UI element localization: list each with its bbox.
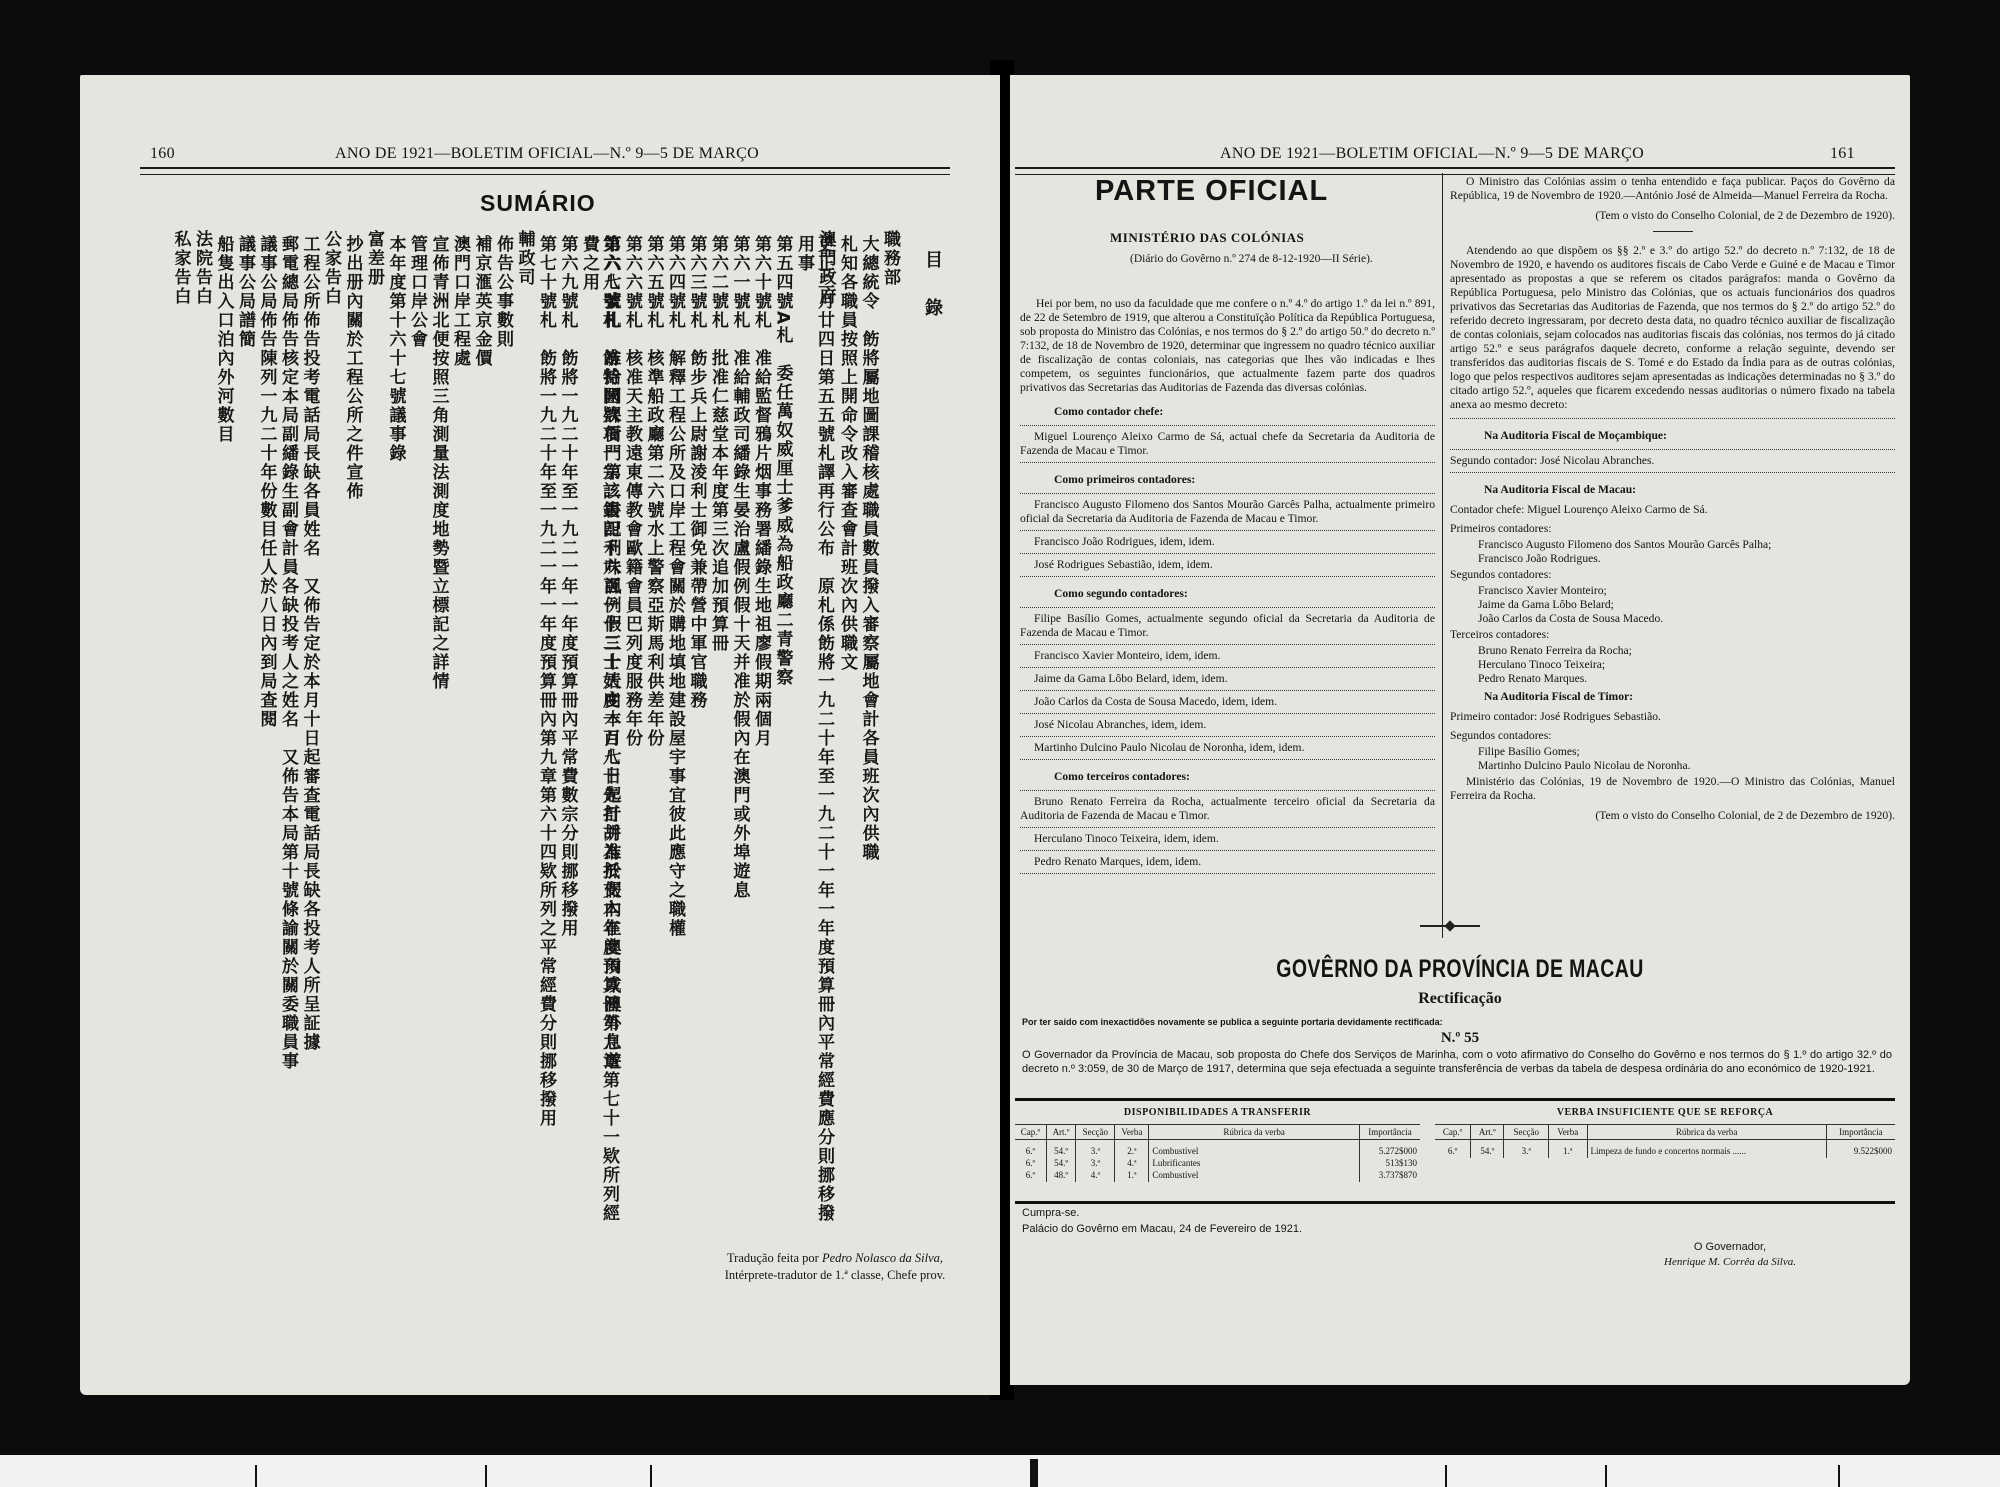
summary-column: 第六二號札 批准仁慈堂本年度第三次追加預算冊 [708, 235, 728, 653]
table-cell: 4.ª [1076, 1170, 1115, 1182]
left-page: 160 ANO DE 1921—BOLETIM OFICIAL—N.º 9—5 … [80, 75, 1000, 1395]
diario-reference: (Diário do Govêrno n.º 274 de 8-12-1920—… [1130, 253, 1373, 265]
table-cell: Combustível [1149, 1140, 1360, 1159]
summary-column: 第六三號札 飭步兵上尉謝淩利士御免兼帶營中軍官職務 [687, 235, 707, 710]
summary-column: 抄出册內關於工程公所之件宣佈 [343, 235, 363, 501]
column-header: Secção [1076, 1125, 1115, 1140]
dotted-rule [1020, 873, 1435, 874]
dotted-rule [1020, 493, 1435, 494]
macau-terceiros: Bruno Renato Ferreira da Rocha;Herculano… [1450, 644, 1895, 686]
frame-tick [1030, 1459, 1038, 1487]
visto-1: (Tem o visto do Conselho Colonial, de 2 … [1450, 209, 1895, 223]
dotted-rule [1020, 462, 1435, 463]
summary-column: 第六九號札 飭將一九二十年至一九二一年一年度預算冊內平常費數宗分則挪移撥用 [558, 235, 578, 938]
governor-signature: O Governador, Henrique M. Corrêa da Silv… [1630, 1240, 1830, 1270]
summary-column: 札知各職員按照上開命令改入審查會計班次內供職文 [837, 235, 857, 672]
dotted-rule [1450, 449, 1895, 450]
summary-column: 富差册 [364, 230, 384, 287]
appointment-entry: João Carlos da Costa de Sousa Macedo, id… [1020, 695, 1435, 709]
table-cell: 6.º [1015, 1158, 1047, 1170]
credit-prefix: Tradução feita por [727, 1251, 819, 1265]
dotted-rule [1020, 850, 1435, 851]
timor-heading: Na Auditoria Fiscal de Timor: [1484, 690, 1895, 704]
summary-column: 公家告白 [321, 230, 341, 306]
appointment-entry: Martinho Dulcino Paulo Nicolau de Noronh… [1020, 741, 1435, 755]
dotted-rule [1020, 713, 1435, 714]
table-cell: 513$130 [1359, 1158, 1420, 1170]
table-cell: 54.º [1047, 1158, 1076, 1170]
column-header: Cap.º [1015, 1125, 1047, 1140]
summary-column: 郵電總局佈告核定本局副繙錄生副會計員各缺投考人之姓名 又佈告本局第十號條諭關於關… [278, 235, 298, 1071]
macau-terceiros-label: Terceiros contadores: [1450, 628, 1895, 642]
summary-column: 第六十號札 准給監督鴉片烟事務署繙錄生地祖廖假期兩個月 [751, 235, 771, 748]
appointment-groups: Como contador chefe:Miguel Lourenço Alei… [1020, 405, 1435, 874]
summary-column: 工程公所佈告投考電話局長缺各員姓名 又佈告定於本月十日起審查電話局長缺各投考人所… [300, 235, 320, 1052]
summary-column: 職務部 [880, 230, 900, 287]
column-divider [1442, 173, 1443, 938]
group-heading: Como terceiros contadores: [1054, 770, 1435, 784]
dotted-rule [1020, 644, 1435, 645]
table-row: 6.º54.º3.ª2.ªCombustível5.272$000 [1015, 1140, 1420, 1159]
table-caption: VERBA INSUFICIENTE QUE SE REFORÇA [1435, 1101, 1895, 1125]
appointment-entry: Francisco Augusto Filomeno dos Santos Mo… [1020, 498, 1435, 526]
microfilm-strip [0, 1455, 2000, 1487]
name-entry: Jaime da Gama Lôbo Belard; [1478, 598, 1895, 612]
summary-column: 澳門口岸工程處 [450, 235, 470, 368]
name-entry: Martinho Dulcino Paulo Nicolau de Noronh… [1478, 759, 1895, 773]
cumpra-se: Cumpra-se. [1022, 1205, 1302, 1221]
summary-column: 第五四號A札 委任萬奴威厘士爹威為船政廳二青警察 [773, 235, 793, 687]
summary-column: 私家告白 [171, 230, 191, 306]
dotted-rule [1450, 418, 1895, 419]
column-header: Rúbrica da verba [1149, 1125, 1360, 1140]
summary-column: 本年度第十六十七號議事錄 [386, 235, 406, 463]
table-caption: DISPONIBILIDADES A TRANSFERIR [1015, 1101, 1420, 1125]
summary-column: 法院告白 [192, 230, 212, 306]
column-header: Importância [1826, 1125, 1895, 1140]
macau-primeiros-label: Primeiros contadores: [1450, 522, 1895, 536]
name-entry: Francisco João Rodrigues. [1478, 552, 1895, 566]
dotted-rule [1020, 759, 1435, 760]
name-entry: João Carlos da Costa de Sousa Macedo. [1478, 612, 1895, 626]
table-cell: 54.º [1471, 1140, 1504, 1159]
summary-column: 第七十號札 飭將一九二十年至一九二一年一年度預算冊內第九章第六十四欵所列之平常經… [536, 235, 556, 1128]
summary-column: 第六八號札 飭特開欵項一宗該銀四千六百一十二士姑度一百八十先打胡為抵支本年度預算… [579, 235, 619, 1235]
table-cell: Lubrificantes [1149, 1158, 1360, 1170]
summary-column: 輔政司 [515, 230, 535, 287]
portaria-intro: Atendendo ao que dispõem os §§ 2.º e 3.º… [1450, 244, 1895, 412]
appointment-entry: Bruno Renato Ferreira da Rocha, actualme… [1020, 795, 1435, 823]
dotted-rule [1020, 607, 1435, 608]
column-header: Importância [1359, 1125, 1420, 1140]
column-header: Art.º [1471, 1125, 1504, 1140]
macau-government-title: GOVÊRNO DA PROVÍNCIA DE MACAU [1109, 955, 1811, 984]
closing-2: Ministério das Colónias, 19 de Novembro … [1450, 775, 1895, 803]
appointment-entry: José Rodrigues Sebastião, idem, idem. [1020, 558, 1435, 572]
appointment-entry: Francisco Xavier Monteiro, idem, idem. [1020, 649, 1435, 663]
dotted-rule [1020, 425, 1435, 426]
table-cell: 9.522$000 [1826, 1140, 1895, 1159]
rectificacao-intro: Por ter saído com inexactidões novamente… [1022, 1017, 1443, 1027]
table-row: 6.º48.º4.ª1.ªCombustível3.737$870 [1015, 1170, 1420, 1182]
summary-column: 第六六號札 核准天主教遠東傳教會歐籍會員巴列度服務年份 [622, 235, 642, 748]
macau-chefe: Contador chefe: Miguel Lourenço Aleixo C… [1450, 503, 1895, 517]
dotted-rule [1020, 690, 1435, 691]
table-cell: 6.º [1015, 1170, 1047, 1182]
name-entry: Pedro Renato Marques. [1478, 672, 1895, 686]
summary-column: 船隻出入口泊內外河數目 [214, 235, 234, 444]
table-cell: 3.ª [1504, 1140, 1549, 1159]
timor-primeiro: Primeiro contador: José Rodrigues Sebast… [1450, 710, 1895, 724]
name-entry: Bruno Renato Ferreira da Rocha; [1478, 644, 1895, 658]
summary-column: 大總統令 飭將屬地圖課稽核處職員數員撥入審察屬地會計各員班次內供職 [859, 235, 879, 862]
summary-column: 議事公局譜簡 [235, 235, 255, 349]
portaria-column: O Ministro das Colónias assim o tenha en… [1450, 175, 1895, 829]
column-header: Verba [1549, 1125, 1588, 1140]
macau-primeiros: Francisco Augusto Filomeno dos Santos Mo… [1450, 538, 1895, 566]
column-header: Secção [1504, 1125, 1549, 1140]
portaria-number: N.º 55 [1010, 1030, 1910, 1047]
section-title: PARTE OFICIAL [1095, 175, 1328, 208]
page-number-left: 160 [150, 145, 175, 163]
table-cell: 2.ª [1115, 1140, 1149, 1159]
mocambique-heading: Na Auditoria Fiscal de Moçambique: [1484, 429, 1895, 443]
table-cell: 3.ª [1076, 1140, 1115, 1159]
table-cell: 48.º [1047, 1170, 1076, 1182]
table-row: 6.º54.º3.ª1.ªLimpeza de fundo e concerto… [1435, 1140, 1895, 1159]
name-entry: Herculano Tinoco Teixeira; [1478, 658, 1895, 672]
ministry-title: MINISTÉRIO DAS COLÓNIAS [1110, 230, 1304, 246]
table-cell: 3.ª [1076, 1158, 1115, 1170]
dotted-rule [1020, 827, 1435, 828]
translation-credit: Tradução feita por Pedro Nolasco da Silv… [670, 1250, 1000, 1284]
header-rule [140, 167, 950, 175]
appointment-entry: Francisco João Rodrigues, idem, idem. [1020, 535, 1435, 549]
summary-column: 第六五號札 核準船政廳第二六號水上警察亞斯馬利供差年份 [644, 235, 664, 748]
dotted-rule [1020, 530, 1435, 531]
right-page: ANO DE 1921—BOLETIM OFICIAL—N.º 9—5 DE M… [1010, 75, 1910, 1385]
summary-column: 第六一號札 准給輔政司繙錄生晏治盧假例假十天并准於假內在澳門或外埠遊息 [730, 235, 750, 900]
name-entry: Francisco Xavier Monteiro; [1478, 584, 1895, 598]
portaria-body: O Governador da Província de Macau, sob … [1022, 1048, 1892, 1076]
table-cell: 1.ª [1549, 1140, 1588, 1159]
running-header-left: ANO DE 1921—BOLETIM OFICIAL—N.º 9—5 DE M… [335, 145, 759, 163]
decree-intro: Hei por bem, no uso da faculdade que me … [1020, 297, 1435, 395]
header-rule [1015, 167, 1895, 175]
running-header-right: ANO DE 1921—BOLETIM OFICIAL—N.º 9—5 DE M… [1220, 145, 1644, 163]
dotted-rule [1450, 472, 1895, 473]
timor-segundos-label: Segundos contadores: [1450, 729, 1895, 743]
sumario-title: SUMÁRIO [480, 190, 596, 217]
table-cell: 6.º [1015, 1140, 1047, 1159]
macau-segundos: Francisco Xavier Monteiro;Jaime da Gama … [1450, 584, 1895, 626]
divider [1653, 231, 1693, 232]
translator-name: Pedro Nolasco da Silva, [822, 1251, 943, 1265]
group-heading: Como contador chefe: [1054, 405, 1435, 419]
appointment-entry: Herculano Tinoco Teixeira, idem, idem. [1020, 832, 1435, 846]
signature-name: Henrique M. Corrêa da Silva. [1664, 1256, 1796, 1268]
table-cell: Combustível [1149, 1170, 1360, 1182]
frame-tick [1605, 1465, 1607, 1487]
dotted-rule [1020, 790, 1435, 791]
summary-column: 佈告公事數則 [493, 235, 513, 349]
group-heading: Como primeiros contadores: [1054, 473, 1435, 487]
toc-heading: 目 錄 [922, 250, 942, 328]
table-row: 6.º54.º3.ª4.ªLubrificantes513$130 [1015, 1158, 1420, 1170]
translator-title: Intérprete-tradutor de 1.ª classe, Chefe… [670, 1267, 1000, 1284]
name-entry: Filipe Basílio Gomes; [1478, 745, 1895, 759]
signature-title: O Governador, [1630, 1240, 1830, 1255]
closing-1: O Ministro das Colónias assim o tenha en… [1450, 175, 1895, 203]
column-header: Rúbrica da verba [1587, 1125, 1826, 1140]
section-ornament [1420, 925, 1480, 927]
dotted-rule [1020, 576, 1435, 577]
table-cell: 3.737$870 [1359, 1170, 1420, 1182]
dotted-rule [1020, 667, 1435, 668]
table-cell: Limpeza de fundo e concertos normais ...… [1587, 1140, 1826, 1159]
dotted-rule [1020, 736, 1435, 737]
timor-segundos: Filipe Basílio Gomes;Martinho Dulcino Pa… [1450, 745, 1895, 773]
table-verba-insuficiente: VERBA INSUFICIENTE QUE SE REFORÇA Cap.ºA… [1435, 1101, 1895, 1158]
summary-column: 第六四號札 解釋工程公所及口岸工程會關於購地填地建設屋宇事宜彼此應守之職權 [665, 235, 685, 938]
table-cell: 6.º [1435, 1140, 1471, 1159]
table-cell: 4.ª [1115, 1158, 1149, 1170]
column-header: Verba [1115, 1125, 1149, 1140]
page-number-right: 161 [1830, 145, 1855, 163]
appointment-entry: Jaime da Gama Lôbo Belard, idem, idem. [1020, 672, 1435, 686]
column-header: Art.º [1047, 1125, 1076, 1140]
name-entry: Francisco Augusto Filomeno dos Santos Mo… [1478, 538, 1895, 552]
group-heading: Como segundo contadores: [1054, 587, 1435, 601]
column-header: Cap.º [1435, 1125, 1471, 1140]
table-cell: 5.272$000 [1359, 1140, 1420, 1159]
summary-column: 補京滙英京金價 [472, 235, 492, 368]
decree-column: Hei por bem, no uso da faculdade que me … [1020, 297, 1435, 878]
frame-tick [650, 1465, 652, 1487]
rectificacao-subtitle: Rectificação [1010, 990, 1910, 1008]
macau-heading: Na Auditoria Fiscal de Macau: [1484, 483, 1895, 497]
table-cell: 1.ª [1115, 1170, 1149, 1182]
visto-2: (Tem o visto do Conselho Colonial, de 2 … [1450, 809, 1895, 823]
summary-column: 管理口岸公會 [407, 235, 427, 349]
mocambique-line: Segundo contador: José Nicolau Abranches… [1450, 454, 1895, 468]
appointment-entry: José Nicolau Abranches, idem, idem. [1020, 718, 1435, 732]
frame-tick [255, 1465, 257, 1487]
appointment-entry: Miguel Lourenço Aleixo Carmo de Sá, actu… [1020, 430, 1435, 458]
table-disponibilidades: DISPONIBILIDADES A TRANSFERIR Cap.ºArt.º… [1015, 1101, 1420, 1182]
summary-column: 宣佈青洲北便按照三角測量法測度地勢暨立標記之詳情 [429, 235, 449, 691]
macau-segundos-label: Segundos contadores: [1450, 568, 1895, 582]
place-date: Palácio do Govêrno em Macau, 24 de Fever… [1022, 1221, 1302, 1237]
frame-tick [1838, 1465, 1840, 1487]
cumpra-block: Cumpra-se. Palácio do Govêrno em Macau, … [1022, 1205, 1302, 1237]
transfer-tables: DISPONIBILIDADES A TRANSFERIR Cap.ºArt.º… [1015, 1098, 1895, 1204]
appointment-entry: Filipe Basílio Gomes, actualmente segund… [1020, 612, 1435, 640]
table-cell: 54.º [1047, 1140, 1076, 1159]
appointment-entry: Pedro Renato Marques, idem, idem. [1020, 855, 1435, 869]
dotted-rule [1020, 553, 1435, 554]
summary-column: 更正二月廿四日第五五號札譯再行公布 原札係飭將一九二十年至一九二十一年一年度預算… [794, 235, 834, 1235]
summary-column: 議事公局佈告陳列一九二十年份數目任人於八日內到局查閱 [257, 235, 277, 729]
frame-tick [1445, 1465, 1447, 1487]
frame-tick [485, 1465, 487, 1487]
